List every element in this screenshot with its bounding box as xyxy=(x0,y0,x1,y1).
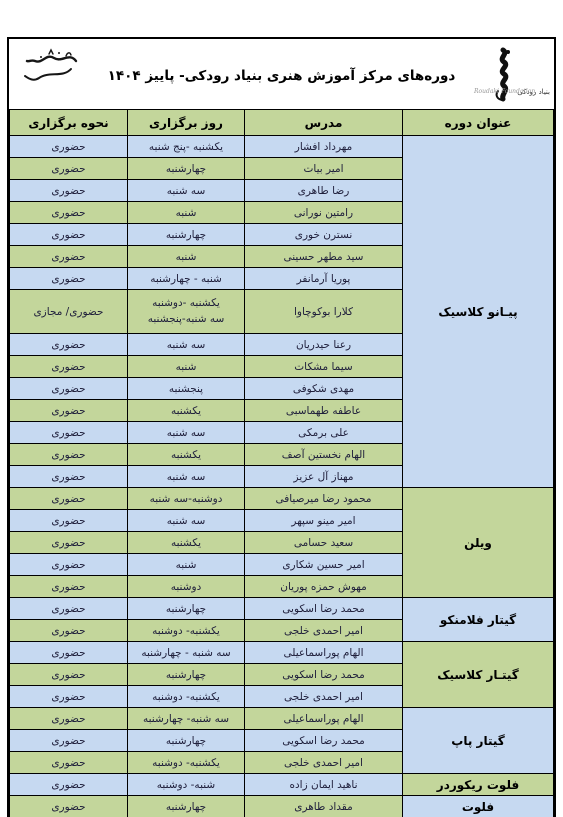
course-group-piano-classic: پیـانو کلاسیک xyxy=(403,136,554,488)
instructor-cell: الهام پوراسماعیلی xyxy=(245,708,403,730)
rudaki-foundation-en-label: Roudaki Foundation xyxy=(474,89,535,96)
instructor-cell: امیر احمدی خلجی xyxy=(245,620,403,642)
method-cell: حضوری xyxy=(10,334,128,356)
rudaki-foundation-logo: بنیاد رودکی Roudaki Foundation xyxy=(472,44,550,106)
day-cell: شنبه xyxy=(128,356,245,378)
instructor-cell: محمد رضا اسکویی xyxy=(245,730,403,752)
day-cell: سه شنبه- چهارشنبه xyxy=(128,708,245,730)
day-cell: یکشنبه- دوشنبه xyxy=(128,752,245,774)
table-body: پیـانو کلاسیک مهرداد افشار یکشنبه -پنج ش… xyxy=(10,136,554,817)
day-cell: یکشنبه- دوشنبه xyxy=(128,620,245,642)
method-cell: حضوری xyxy=(10,554,128,576)
instructor-cell: الهام نخستین آصف xyxy=(245,444,403,466)
method-cell: حضوری xyxy=(10,466,128,488)
day-cell: سه شنبه xyxy=(128,334,245,356)
course-group-flute: فلوت xyxy=(403,796,554,817)
course-schedule-table: عنوان دوره مدرس روز برگزاری نحوه برگزاری… xyxy=(9,109,554,817)
day-cell: سه شنبه xyxy=(128,510,245,532)
table-header: عنوان دوره مدرس روز برگزاری نحوه برگزاری xyxy=(10,110,554,136)
day-cell: شنبه- دوشنبه xyxy=(128,774,245,796)
day-cell: سه شنبه xyxy=(128,180,245,202)
instructor-cell: کلارا بوکوچاوا xyxy=(245,290,403,334)
day-cell: شنبه xyxy=(128,202,245,224)
method-cell: حضوری xyxy=(10,576,128,598)
instructor-cell: علی برمکی xyxy=(245,422,403,444)
day-cell: شنبه xyxy=(128,246,245,268)
table-row: پیـانو کلاسیک مهرداد افشار یکشنبه -پنج ش… xyxy=(10,136,554,158)
method-cell: حضوری xyxy=(10,620,128,642)
day-cell: یکشنبه -پنج شنبه xyxy=(128,136,245,158)
column-header-method: نحوه برگزاری xyxy=(10,110,128,136)
method-cell: حضوری xyxy=(10,664,128,686)
instructor-cell: امیر احمدی خلجی xyxy=(245,752,403,774)
method-cell: حضوری xyxy=(10,730,128,752)
instructor-cell: نسترن خوری xyxy=(245,224,403,246)
method-cell: حضوری xyxy=(10,136,128,158)
day-cell: سه شنبه xyxy=(128,466,245,488)
method-cell: حضوری xyxy=(10,356,128,378)
instructor-cell: امیر حسین شکاری xyxy=(245,554,403,576)
day-cell: یکشنبه xyxy=(128,532,245,554)
table-row: فلوت ریکوردر ناهید ایمان زاده شنبه- دوشن… xyxy=(10,774,554,796)
art-center-calligraphy-logo xyxy=(19,47,83,99)
course-group-violin: ویلن xyxy=(403,488,554,598)
page-title: دوره‌های مرکز آموزش هنری بنیاد رودکی- پا… xyxy=(108,68,456,84)
instructor-cell: مقداد طاهری xyxy=(245,796,403,817)
day-cell: یکشنبه- دوشنبه xyxy=(128,686,245,708)
day-cell: یکشنبه xyxy=(128,400,245,422)
method-cell: حضوری xyxy=(10,752,128,774)
method-cell: حضوری xyxy=(10,246,128,268)
title-band: دوره‌های مرکز آموزش هنری بنیاد رودکی- پا… xyxy=(9,39,554,109)
instructor-cell: محمود رضا میرصیافی xyxy=(245,488,403,510)
table-row: گیتار پاپ الهام پوراسماعیلی سه شنبه- چها… xyxy=(10,708,554,730)
method-cell: حضوری xyxy=(10,400,128,422)
course-group-flamenco-guitar: گیتار فلامنکو xyxy=(403,598,554,642)
day-cell: یکشنبه xyxy=(128,444,245,466)
instructor-cell: سید مطهر حسینی xyxy=(245,246,403,268)
column-header-instructor: مدرس xyxy=(245,110,403,136)
schedule-table-frame: دوره‌های مرکز آموزش هنری بنیاد رودکی- پا… xyxy=(7,37,556,817)
method-cell: حضوری xyxy=(10,510,128,532)
table-row: ویلن محمود رضا میرصیافی دوشنبه-سه شنبه ح… xyxy=(10,488,554,510)
instructor-cell: امیر احمدی خلجی xyxy=(245,686,403,708)
method-cell: حضوری xyxy=(10,598,128,620)
day-cell: چهارشنبه xyxy=(128,598,245,620)
method-cell: حضوری xyxy=(10,422,128,444)
calligraphy-icon xyxy=(19,47,83,95)
day-cell: سه شنبه - چهارشنبه xyxy=(128,642,245,664)
day-cell: یکشنبه -دوشنبه سه شنبه-پنجشنبه xyxy=(128,290,245,334)
method-cell: حضوری xyxy=(10,444,128,466)
day-cell: دوشنبه-سه شنبه xyxy=(128,488,245,510)
instructor-cell: عاطفه طهماسبی xyxy=(245,400,403,422)
course-group-recorder-flute: فلوت ریکوردر xyxy=(403,774,554,796)
method-cell: حضوری xyxy=(10,686,128,708)
instructor-cell: مهدی شکوفی xyxy=(245,378,403,400)
day-cell: پنجشنبه xyxy=(128,378,245,400)
instructor-cell: مهناز آل عزیز xyxy=(245,466,403,488)
day-cell: چهارشنبه xyxy=(128,730,245,752)
day-cell: دوشنبه xyxy=(128,576,245,598)
method-cell: حضوری xyxy=(10,642,128,664)
day-cell: چهارشنبه xyxy=(128,796,245,817)
instructor-cell: رضا طاهری xyxy=(245,180,403,202)
instructor-cell: امیر مینو سپهر xyxy=(245,510,403,532)
table-row: فلوت مقداد طاهری چهارشنبه حضوری xyxy=(10,796,554,817)
method-cell: حضوری xyxy=(10,224,128,246)
instructor-cell: محمد رضا اسکویی xyxy=(245,598,403,620)
course-group-classical-guitar: گیتـار کلاسیک xyxy=(403,642,554,708)
method-cell: حضوری xyxy=(10,774,128,796)
instructor-cell: سیما مشکات xyxy=(245,356,403,378)
document-page: دوره‌های مرکز آموزش هنری بنیاد رودکی- پا… xyxy=(0,0,563,817)
day-cell: چهارشنبه xyxy=(128,224,245,246)
instructor-cell: امیر بیات xyxy=(245,158,403,180)
instructor-cell: سعید حسامی xyxy=(245,532,403,554)
method-cell: حضوری xyxy=(10,180,128,202)
column-header-day: روز برگزاری xyxy=(128,110,245,136)
instructor-cell: رامتین نورانی xyxy=(245,202,403,224)
instructor-cell: پوریا آرمانفر xyxy=(245,268,403,290)
instructor-cell: محمد رضا اسکویی xyxy=(245,664,403,686)
method-cell: حضوری/ مجازی xyxy=(10,290,128,334)
instructor-cell: الهام پوراسماعیلی xyxy=(245,642,403,664)
method-cell: حضوری xyxy=(10,708,128,730)
column-header-course: عنوان دوره xyxy=(403,110,554,136)
method-cell: حضوری xyxy=(10,796,128,817)
method-cell: حضوری xyxy=(10,532,128,554)
instructor-cell: مهرداد افشار xyxy=(245,136,403,158)
table-row: گیتـار کلاسیک الهام پوراسماعیلی سه شنبه … xyxy=(10,642,554,664)
method-cell: حضوری xyxy=(10,378,128,400)
day-cell: سه شنبه xyxy=(128,422,245,444)
course-group-pop-guitar: گیتار پاپ xyxy=(403,708,554,774)
day-cell: شنبه - چهارشنبه xyxy=(128,268,245,290)
day-cell: شنبه xyxy=(128,554,245,576)
method-cell: حضوری xyxy=(10,268,128,290)
day-cell: چهارشنبه xyxy=(128,158,245,180)
method-cell: حضوری xyxy=(10,158,128,180)
instructor-cell: رعنا حیدریان xyxy=(245,334,403,356)
instructor-cell: مهوش حمزه پوریان xyxy=(245,576,403,598)
day-cell: چهارشنبه xyxy=(128,664,245,686)
method-cell: حضوری xyxy=(10,488,128,510)
table-row: گیتار فلامنکو محمد رضا اسکویی چهارشنبه ح… xyxy=(10,598,554,620)
instructor-cell: ناهید ایمان زاده xyxy=(245,774,403,796)
method-cell: حضوری xyxy=(10,202,128,224)
